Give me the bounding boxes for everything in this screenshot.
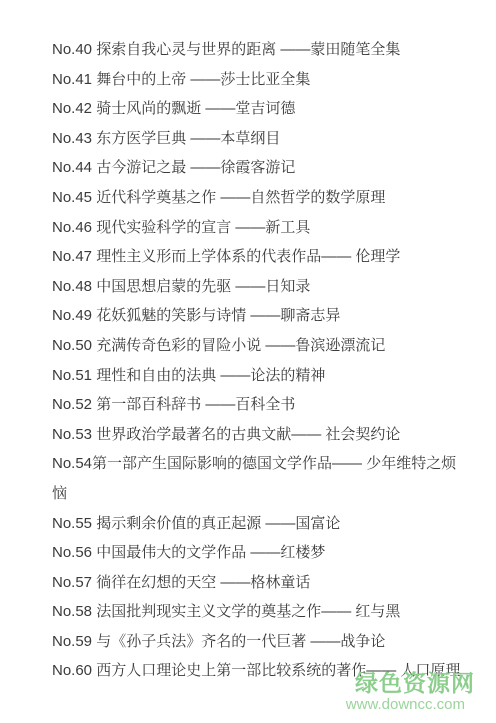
item-number: No.43 (52, 130, 92, 147)
book-list-item: No.46 现代实验科学的宣言 ——新工具 (52, 213, 466, 243)
item-text: 舞台中的上帝 ——莎士比亚全集 (92, 71, 310, 88)
document-page: No.40 探索自我心灵与世界的距离 ——蒙田随笔全集No.41 舞台中的上帝 … (0, 0, 496, 723)
item-text: 第一部百科辞书 ——百科全书 (92, 396, 295, 413)
item-text: 现代实验科学的宣言 ——新工具 (92, 219, 310, 236)
item-text: 理性主义形而上学体系的代表作品—— 伦理学 (92, 248, 400, 265)
book-list-item: No.43 东方医学巨典 ——本草纲目 (52, 124, 466, 154)
item-number: No.55 (52, 515, 92, 532)
item-text: 理性和自由的法典 ——论法的精神 (92, 367, 325, 384)
item-text: 法国批判现实主义文学的奠基之作—— 红与黑 (92, 603, 400, 620)
book-list-item: No.41 舞台中的上帝 ——莎士比亚全集 (52, 65, 466, 95)
book-list-item: No.42 骑士风尚的飘逝 ——堂吉诃德 (52, 94, 466, 124)
item-text: 第一部产生国际影响的德国文学作品—— 少年维特之烦恼 (52, 455, 456, 502)
book-list: No.40 探索自我心灵与世界的距离 ——蒙田随笔全集No.41 舞台中的上帝 … (52, 35, 466, 686)
item-number: No.59 (52, 633, 92, 650)
book-list-item: No.48 中国思想启蒙的先驱 ——日知录 (52, 272, 466, 302)
item-number: No.51 (52, 367, 92, 384)
item-number: No.42 (52, 100, 92, 117)
item-text: 揭示剩余价值的真正起源 ——国富论 (92, 515, 340, 532)
item-number: No.56 (52, 544, 92, 561)
item-number: No.52 (52, 396, 92, 413)
book-list-item: No.60 西方人口理论史上第一部比较系统的著作—— 人口原理 (52, 656, 466, 686)
item-text: 古今游记之最 ——徐霞客游记 (92, 159, 295, 176)
book-list-item: No.49 花妖狐魅的笑影与诗情 ——聊斋志异 (52, 301, 466, 331)
item-number: No.49 (52, 307, 92, 324)
item-number: No.50 (52, 337, 92, 354)
item-number: No.60 (52, 662, 92, 679)
item-number: No.46 (52, 219, 92, 236)
item-number: No.48 (52, 278, 92, 295)
item-number: No.53 (52, 426, 92, 443)
book-list-item: No.57 徜徉在幻想的天空 ——格林童话 (52, 568, 466, 598)
item-number: No.40 (52, 41, 92, 58)
item-text: 近代科学奠基之作 ——自然哲学的数学原理 (92, 189, 385, 206)
book-list-item: No.54第一部产生国际影响的德国文学作品—— 少年维特之烦恼 (52, 449, 466, 508)
item-text: 骑士风尚的飘逝 ——堂吉诃德 (92, 100, 295, 117)
book-list-item: No.58 法国批判现实主义文学的奠基之作—— 红与黑 (52, 597, 466, 627)
item-text: 东方医学巨典 ——本草纲目 (92, 130, 280, 147)
item-number: No.41 (52, 71, 92, 88)
item-number: No.57 (52, 574, 92, 591)
item-text: 与《孙子兵法》齐名的一代巨著 ——战争论 (92, 633, 385, 650)
book-list-item: No.44 古今游记之最 ——徐霞客游记 (52, 153, 466, 183)
book-list-item: No.40 探索自我心灵与世界的距离 ——蒙田随笔全集 (52, 35, 466, 65)
item-text: 中国思想启蒙的先驱 ——日知录 (92, 278, 310, 295)
book-list-item: No.56 中国最伟大的文学作品 ——红楼梦 (52, 538, 466, 568)
item-text: 世界政治学最著名的古典文献—— 社会契约论 (92, 426, 400, 443)
book-list-item: No.47 理性主义形而上学体系的代表作品—— 伦理学 (52, 242, 466, 272)
watermark-site-url: www.downcc.com (346, 697, 475, 712)
item-text: 探索自我心灵与世界的距离 ——蒙田随笔全集 (92, 41, 400, 58)
book-list-item: No.53 世界政治学最著名的古典文献—— 社会契约论 (52, 420, 466, 450)
book-list-item: No.55 揭示剩余价值的真正起源 ——国富论 (52, 509, 466, 539)
book-list-item: No.52 第一部百科辞书 ——百科全书 (52, 390, 466, 420)
item-text: 中国最伟大的文学作品 ——红楼梦 (92, 544, 325, 561)
item-text: 充满传奇色彩的冒险小说 ——鲁滨逊漂流记 (92, 337, 385, 354)
item-number: No.58 (52, 603, 92, 620)
item-text: 西方人口理论史上第一部比较系统的著作—— 人口原理 (92, 662, 460, 679)
item-number: No.45 (52, 189, 92, 206)
book-list-item: No.59 与《孙子兵法》齐名的一代巨著 ——战争论 (52, 627, 466, 657)
item-number: No.54 (52, 455, 92, 472)
book-list-item: No.50 充满传奇色彩的冒险小说 ——鲁滨逊漂流记 (52, 331, 466, 361)
book-list-item: No.51 理性和自由的法典 ——论法的精神 (52, 361, 466, 391)
item-text: 徜徉在幻想的天空 ——格林童话 (92, 574, 310, 591)
item-text: 花妖狐魅的笑影与诗情 ——聊斋志异 (92, 307, 340, 324)
book-list-item: No.45 近代科学奠基之作 ——自然哲学的数学原理 (52, 183, 466, 213)
item-number: No.47 (52, 248, 92, 265)
item-number: No.44 (52, 159, 92, 176)
